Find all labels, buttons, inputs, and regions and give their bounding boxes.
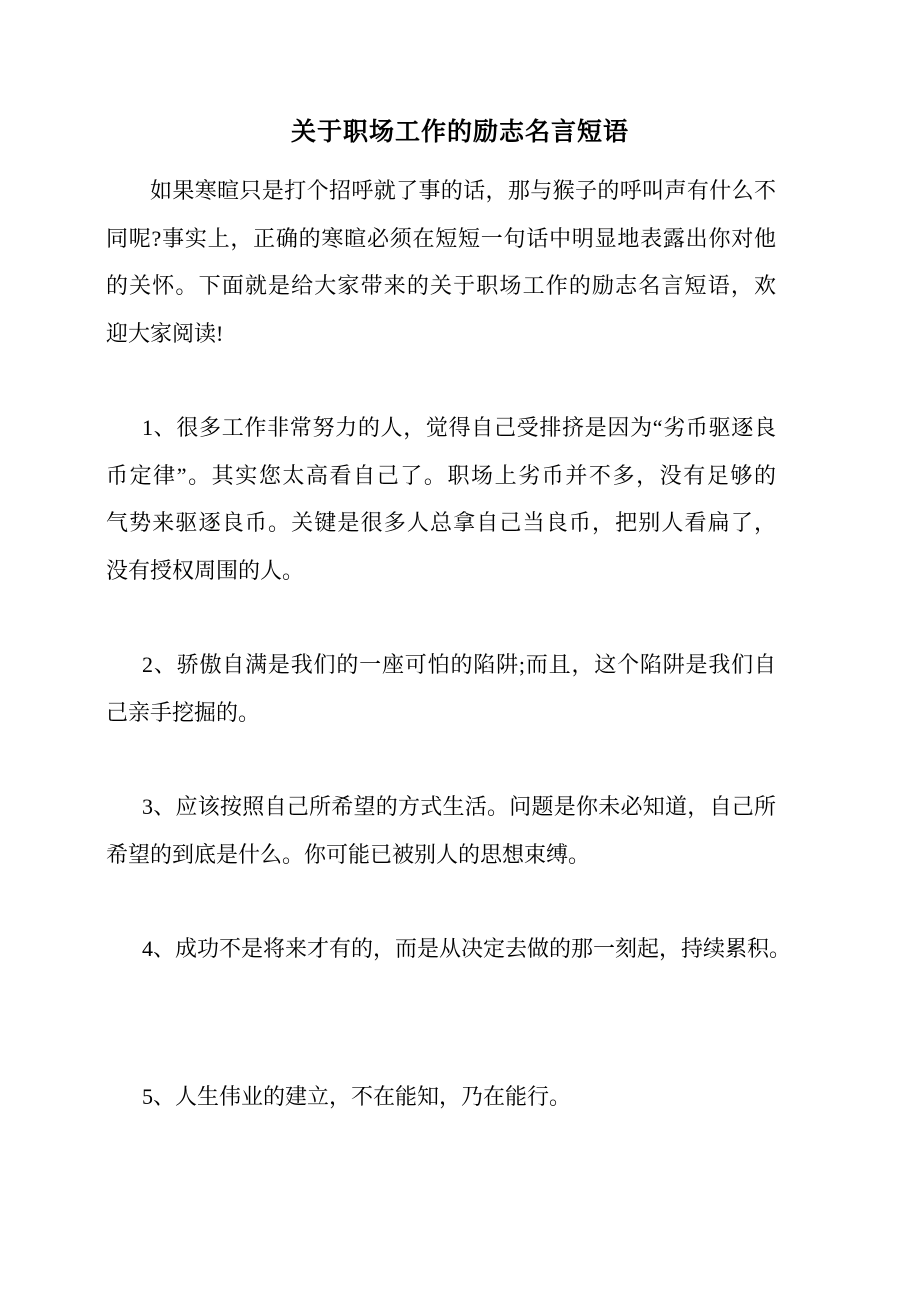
text-line: 的关怀。下面就是给大家带来的关于职场工作的励志名言短语，欢 (106, 262, 776, 310)
text-line: 1、很多工作非常努力的人，觉得自己受排挤是因为“劣币驱逐良 (106, 404, 776, 452)
text-line: 2、骄傲自满是我们的一座可怕的陷阱;而且，这个陷阱是我们自 (106, 641, 776, 689)
intro-paragraph: 如果寒暄只是打个招呼就了事的话，那与猴子的呼叫声有什么不 同呢?事实上，正确的寒… (106, 167, 776, 357)
document-title: 关于职场工作的励志名言短语 (0, 0, 920, 152)
text-line: 己亲手挖掘的。 (106, 689, 776, 737)
quote-item-5: 5、人生伟业的建立，不在能知，乃在能行。 (106, 1073, 776, 1121)
text-line: 气势来驱逐良币。关键是很多人总拿自己当良币，把别人看扁了， (106, 499, 776, 547)
document-page: 关于职场工作的励志名言短语 如果寒暄只是打个招呼就了事的话，那与猴子的呼叫声有什… (0, 0, 920, 1302)
text-line: 5、人生伟业的建立，不在能知，乃在能行。 (106, 1073, 776, 1121)
quote-item-3: 3、应该按照自己所希望的方式生活。问题是你未必知道，自己所 希望的到底是什么。你… (106, 783, 776, 878)
text-line: 没有授权周围的人。 (106, 547, 776, 595)
text-line: 3、应该按照自己所希望的方式生活。问题是你未必知道，自己所 (106, 783, 776, 831)
text-line: 币定律”。其实您太高看自己了。职场上劣币并不多，没有足够的 (106, 452, 776, 500)
quote-item-2: 2、骄傲自满是我们的一座可怕的陷阱;而且，这个陷阱是我们自 己亲手挖掘的。 (106, 641, 776, 736)
text-line: 如果寒暄只是打个招呼就了事的话，那与猴子的呼叫声有什么不 (106, 167, 776, 215)
quote-item-4: 4、成功不是将来才有的，而是从决定去做的那一刻起，持续累积。 (106, 925, 776, 973)
text-line: 希望的到底是什么。你可能已被别人的思想束缚。 (106, 831, 776, 879)
text-line: 同呢?事实上，正确的寒暄必须在短短一句话中明显地表露出你对他 (106, 215, 776, 263)
document-body: 如果寒暄只是打个招呼就了事的话，那与猴子的呼叫声有什么不 同呢?事实上，正确的寒… (106, 167, 776, 1120)
text-line: 迎大家阅读! (106, 310, 776, 358)
text-line: 4、成功不是将来才有的，而是从决定去做的那一刻起，持续累积。 (106, 925, 776, 973)
quote-item-1: 1、很多工作非常努力的人，觉得自己受排挤是因为“劣币驱逐良 币定律”。其实您太高… (106, 404, 776, 594)
